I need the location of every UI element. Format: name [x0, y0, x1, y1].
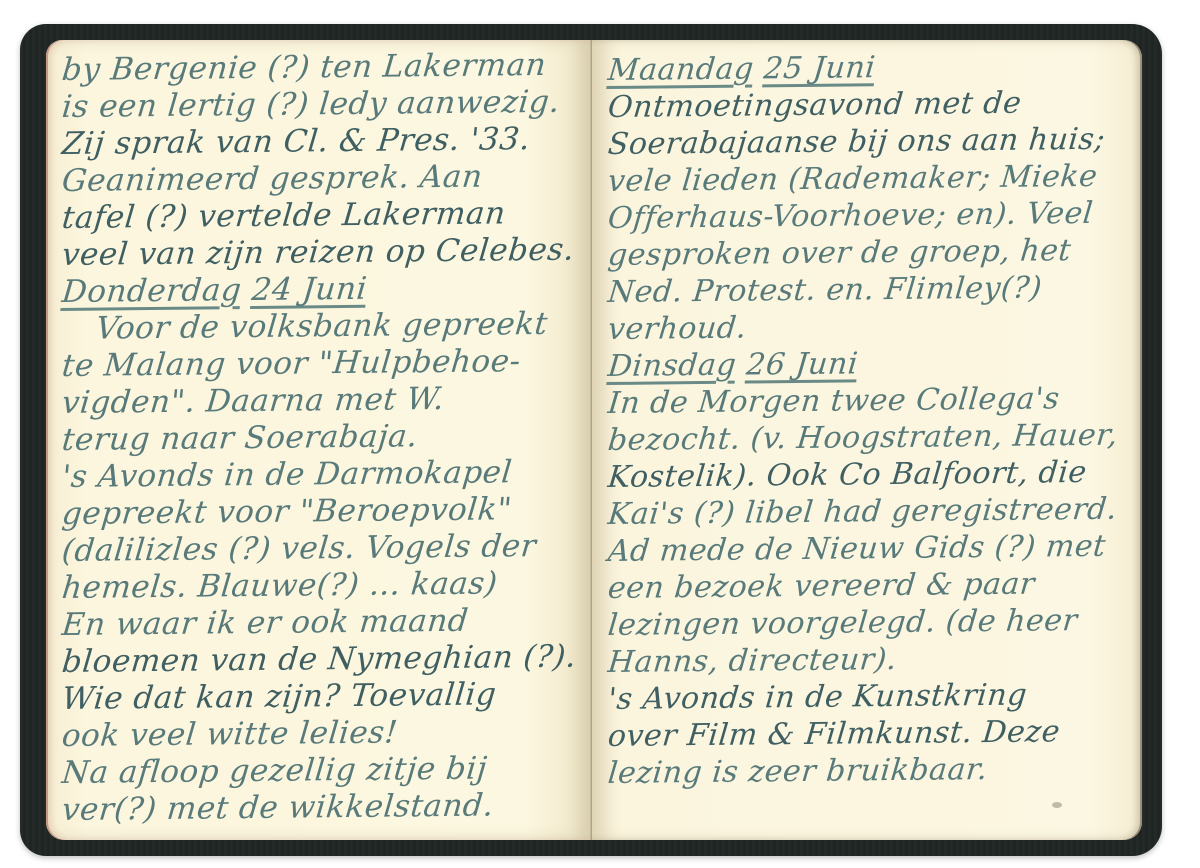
- handwritten-line: vigden". Daarna met W.: [60, 380, 578, 422]
- handwritten-line: gesproken over de groep, het: [606, 232, 1128, 274]
- handwritten-line: Hanns, directeur).: [606, 639, 1128, 681]
- handwritten-line: Wie dat kan zijn? Toevallig: [60, 676, 578, 718]
- handwritten-line: gepreekt voor "Beroepvolk": [60, 491, 578, 533]
- entry-heading-date: 26 Juni: [745, 346, 860, 382]
- handwritten-line: is een lertig (?) ledy aanwezig.: [60, 84, 578, 126]
- entry-heading-day: Maandag: [606, 51, 755, 88]
- handwritten-line: bloemen van de Nymeghian (?).: [60, 639, 578, 681]
- handwritten-line: lezingen voorgelegd. (de heer: [606, 602, 1128, 644]
- handwritten-line: terug naar Soerabaja.: [60, 417, 578, 459]
- handwritten-line: ver(?) met de wikkelstand.: [60, 787, 578, 829]
- handwritten-line: over Film & Filmkunst. Deze: [606, 713, 1128, 755]
- handwritten-line: verhoud.: [606, 306, 1128, 348]
- handwritten-line: een bezoek vereerd & paar: [606, 565, 1128, 607]
- handwritten-line: tafel (?) vertelde Lakerman: [60, 195, 578, 237]
- entry-heading-day: Dinsdag: [606, 348, 738, 384]
- handwritten-line: 's Avonds in de Kunstkring: [606, 676, 1128, 718]
- handwritten-line: te Malang voor "Hulpbehoe-: [60, 343, 578, 385]
- handwritten-line: vele lieden (Rademaker; Mieke: [606, 158, 1128, 200]
- handwritten-line: Na afloop gezellig zitje bij: [60, 750, 578, 792]
- handwritten-line: lezing is zeer bruikbaar.: [606, 750, 1128, 792]
- left-page: by Bergenie (?) ten Lakerman is een lert…: [46, 40, 592, 840]
- entry-heading-date: 25 Juni: [762, 50, 877, 86]
- handwritten-line: Voor de volksbank gepreekt: [60, 306, 578, 348]
- handwritten-line: Ned. Protest. en. Flimley(?): [606, 269, 1128, 311]
- handwritten-line: veel van zijn reizen op Celebes.: [60, 232, 578, 274]
- handwritten-line: In de Morgen twee Collega's: [606, 380, 1128, 422]
- entry-heading-date: 24 Juni: [250, 271, 369, 308]
- handwritten-line: Ontmoetingsavond met de: [606, 84, 1128, 126]
- entry-heading: Maandag 25 Juni: [606, 47, 1128, 89]
- entry-heading-day: Donderdag: [60, 272, 243, 310]
- handwritten-line: Offerhaus-Voorhoeve; en). Veel: [606, 195, 1128, 237]
- handwritten-line: Ad mede de Nieuw Gids (?) met: [606, 528, 1128, 570]
- ink-smudge: [1052, 802, 1062, 808]
- handwritten-line: Kai's (?) libel had geregistreerd.: [606, 491, 1128, 533]
- handwritten-line: En waar ik er ook maand: [60, 602, 578, 644]
- entry-heading: Dinsdag 26 Juni: [606, 343, 1128, 385]
- right-page: Maandag 25 Juni Ontmoetingsavond met de …: [592, 40, 1142, 840]
- entry-heading: Donderdag 24 Juni: [60, 269, 578, 311]
- handwritten-line: Zij sprak van Cl. & Pres. '33.: [60, 121, 578, 163]
- handwritten-line: ook veel witte lelies!: [60, 713, 578, 755]
- handwritten-line: hemels. Blauwe(?) ... kaas): [60, 565, 578, 607]
- handwritten-line: Kostelik). Ook Co Balfoort, die: [606, 454, 1128, 496]
- handwritten-line: 's Avonds in de Darmokapel: [60, 454, 578, 496]
- handwritten-line: bezocht. (v. Hoogstraten, Hauer,: [606, 417, 1128, 459]
- handwritten-line: Soerabajaanse bij ons aan huis;: [606, 121, 1128, 163]
- handwritten-line: by Bergenie (?) ten Lakerman: [60, 47, 578, 89]
- handwritten-line: Geanimeerd gesprek. Aan: [60, 158, 578, 200]
- left-page-text: by Bergenie (?) ten Lakerman is een lert…: [62, 52, 576, 829]
- right-page-text: Maandag 25 Juni Ontmoetingsavond met de …: [608, 52, 1126, 792]
- handwritten-line: (dalilizles (?) vels. Vogels der: [60, 528, 578, 570]
